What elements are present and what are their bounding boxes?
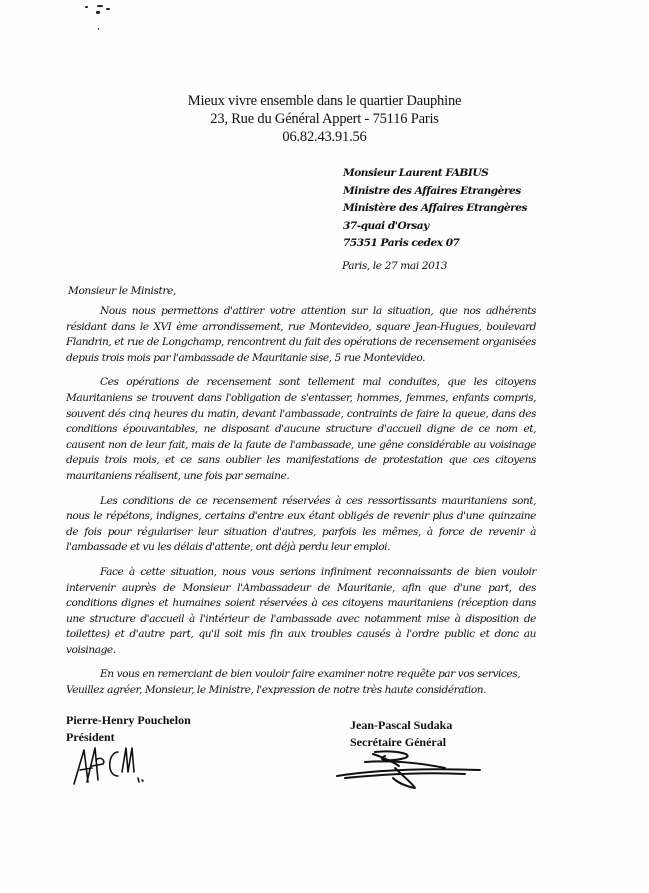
scan-artifact bbox=[106, 8, 110, 10]
organization-phone: 06.82.43.91.56 bbox=[0, 128, 649, 146]
scanned-letter-page: Mieux vivre ensemble dans le quartier Da… bbox=[0, 0, 649, 893]
paragraph: Les conditions de ce recensement réservé… bbox=[66, 494, 536, 556]
signatory-name: Jean-Pascal Sudaka bbox=[350, 717, 452, 734]
recipient-line: Monsieur Laurent FABIUS bbox=[343, 165, 527, 183]
closing-line: Veuillez agréer, Monsieur, le Ministre, … bbox=[66, 683, 536, 699]
recipient-line: Ministère des Affaires Etrangères bbox=[343, 200, 527, 218]
organization-name: Mieux vivre ensemble dans le quartier Da… bbox=[0, 92, 649, 110]
organization-address: 23, Rue du Général Appert - 75116 Paris bbox=[0, 110, 649, 128]
paragraph: Nous nous permettons d'attirer votre att… bbox=[66, 304, 536, 366]
recipient-line: 75351 Paris cedex 07 bbox=[343, 235, 527, 253]
letterhead: Mieux vivre ensemble dans le quartier Da… bbox=[0, 92, 649, 146]
signatory-president: Pierre-Henry Pouchelon Président bbox=[66, 712, 191, 746]
signatory-name: Pierre-Henry Pouchelon bbox=[66, 712, 191, 729]
handwritten-signature-icon bbox=[70, 742, 160, 787]
paragraph: Face à cette situation, nous vous serion… bbox=[66, 565, 536, 659]
recipient-line: 37-quai d'Orsay bbox=[343, 218, 527, 236]
handwritten-signature-icon bbox=[335, 748, 485, 790]
scan-artifact bbox=[85, 6, 88, 8]
recipient-line: Ministre des Affaires Etrangères bbox=[343, 183, 527, 201]
letter-body: Nous nous permettons d'attirer votre att… bbox=[66, 304, 536, 699]
recipient-block: Monsieur Laurent FABIUS Ministre des Aff… bbox=[343, 165, 527, 253]
closing-line: En vous en remerciant de bien vouloir fa… bbox=[66, 667, 536, 683]
scan-artifact bbox=[98, 28, 99, 30]
scan-artifact bbox=[96, 11, 100, 14]
scan-artifact bbox=[97, 5, 103, 7]
salutation: Monsieur le Ministre, bbox=[68, 285, 176, 297]
paragraph: Ces opérations de recensement sont telle… bbox=[66, 375, 536, 484]
signatory-secretary: Jean-Pascal Sudaka Secrétaire Général bbox=[350, 717, 452, 751]
letter-date: Paris, le 27 mai 2013 bbox=[342, 260, 447, 272]
